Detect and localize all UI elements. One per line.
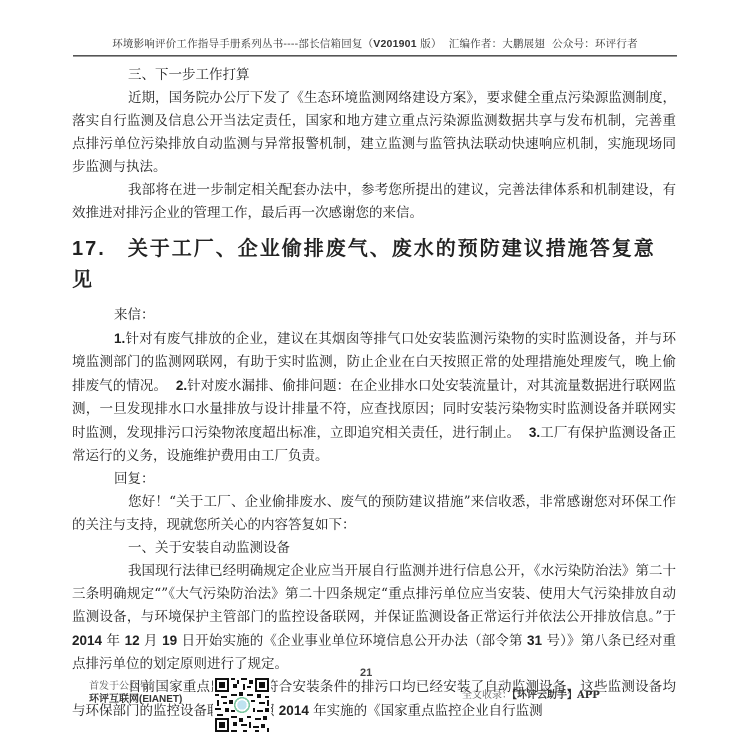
- number-run: 31: [527, 633, 542, 648]
- text-run: 我国现行法律已经明确规定企业应当开展自行监测并进行信息公开，《水污染防治法》第二…: [72, 563, 676, 625]
- compiler-label: 汇编作者：大鹏展翅: [449, 38, 545, 50]
- letter-content: 1.针对有废气排放的企业，建议在其烟囱等排气口处安装监测污染物的实时监测设备，并…: [72, 327, 676, 468]
- footer-source: 首发于公众号： 环评互联网(EIANET): [89, 680, 182, 706]
- footer-collection: 全文收录：【环评云助手】APP: [462, 686, 600, 701]
- series-title: 环境影响评价工作指导手册系列丛书----部长信箱回复（: [112, 38, 373, 50]
- paragraph: 我部将在进一步制定相关配套办法中，参考您所提出的建议，完善法律体系和机制建设，有…: [72, 179, 676, 225]
- number-run: 19: [162, 633, 177, 648]
- reply-subheading: 一、关于安装自动监测设备: [72, 537, 676, 560]
- number-run: 2014: [279, 703, 309, 718]
- article-title-text: 关于工厂、企业偷排废气、废水的预防建议措施答复意见: [72, 236, 656, 291]
- running-header: 环境影响评价工作指导手册系列丛书----部长信箱回复（V201901 版） 汇编…: [75, 36, 675, 51]
- number-run: 2014: [72, 633, 102, 648]
- paragraph: 近期，国务院办公厅下发了《生态环境监测网络建设方案》，要求健全重点污染源监测制度…: [72, 87, 676, 179]
- reply-intro: 您好！“关于工厂、企业偷排废水、废气的预防建议措施”来信收悉，非常感谢您对环保工…: [72, 491, 676, 537]
- brand-name: 环评互联网(EIANET): [89, 693, 182, 706]
- collection-label: 全文收录：: [462, 690, 512, 701]
- item-number: 3.: [529, 425, 540, 440]
- letter-label: 来信：: [72, 304, 676, 327]
- text-run: 年: [102, 633, 125, 649]
- page-number: 21: [360, 667, 372, 679]
- qr-code-icon[interactable]: [213, 676, 271, 734]
- text-run: 日开始实施的《企业事业单位环境信息公开办法（部令第: [177, 633, 527, 649]
- section-heading: 三、下一步工作打算: [72, 64, 676, 87]
- brand-cn: 环评互联网: [89, 694, 139, 705]
- article-title: 17.关于工厂、企业偷排废气、废水的预防建议措施答复意见: [72, 233, 676, 294]
- text-run: 年实施的《国家重点监控企业自行监测: [309, 703, 543, 719]
- app-name[interactable]: 【环评云助手】APP: [512, 690, 600, 701]
- reply-label: 回复：: [72, 468, 676, 491]
- first-published-label: 首发于公众号：: [89, 680, 182, 693]
- brand-en: (EIANET): [139, 694, 182, 705]
- version-label: V201901: [373, 38, 416, 50]
- reply-paragraph: 我国现行法律已经明确规定企业应当开展自行监测并进行信息公开，《水污染防治法》第二…: [72, 560, 676, 676]
- page-body: 三、下一步工作打算 近期，国务院办公厅下发了《生态环境监测网络建设方案》，要求健…: [72, 64, 676, 723]
- series-title-suffix: 版）: [417, 38, 442, 50]
- number-run: 12: [125, 633, 140, 648]
- article-number: 17.: [72, 238, 106, 260]
- item-number: 1.: [114, 331, 125, 346]
- item-number: 2.: [176, 378, 187, 393]
- header-divider: [73, 55, 677, 57]
- account-label: 公众号：环评行者: [552, 38, 638, 50]
- text-run: 月: [140, 633, 163, 649]
